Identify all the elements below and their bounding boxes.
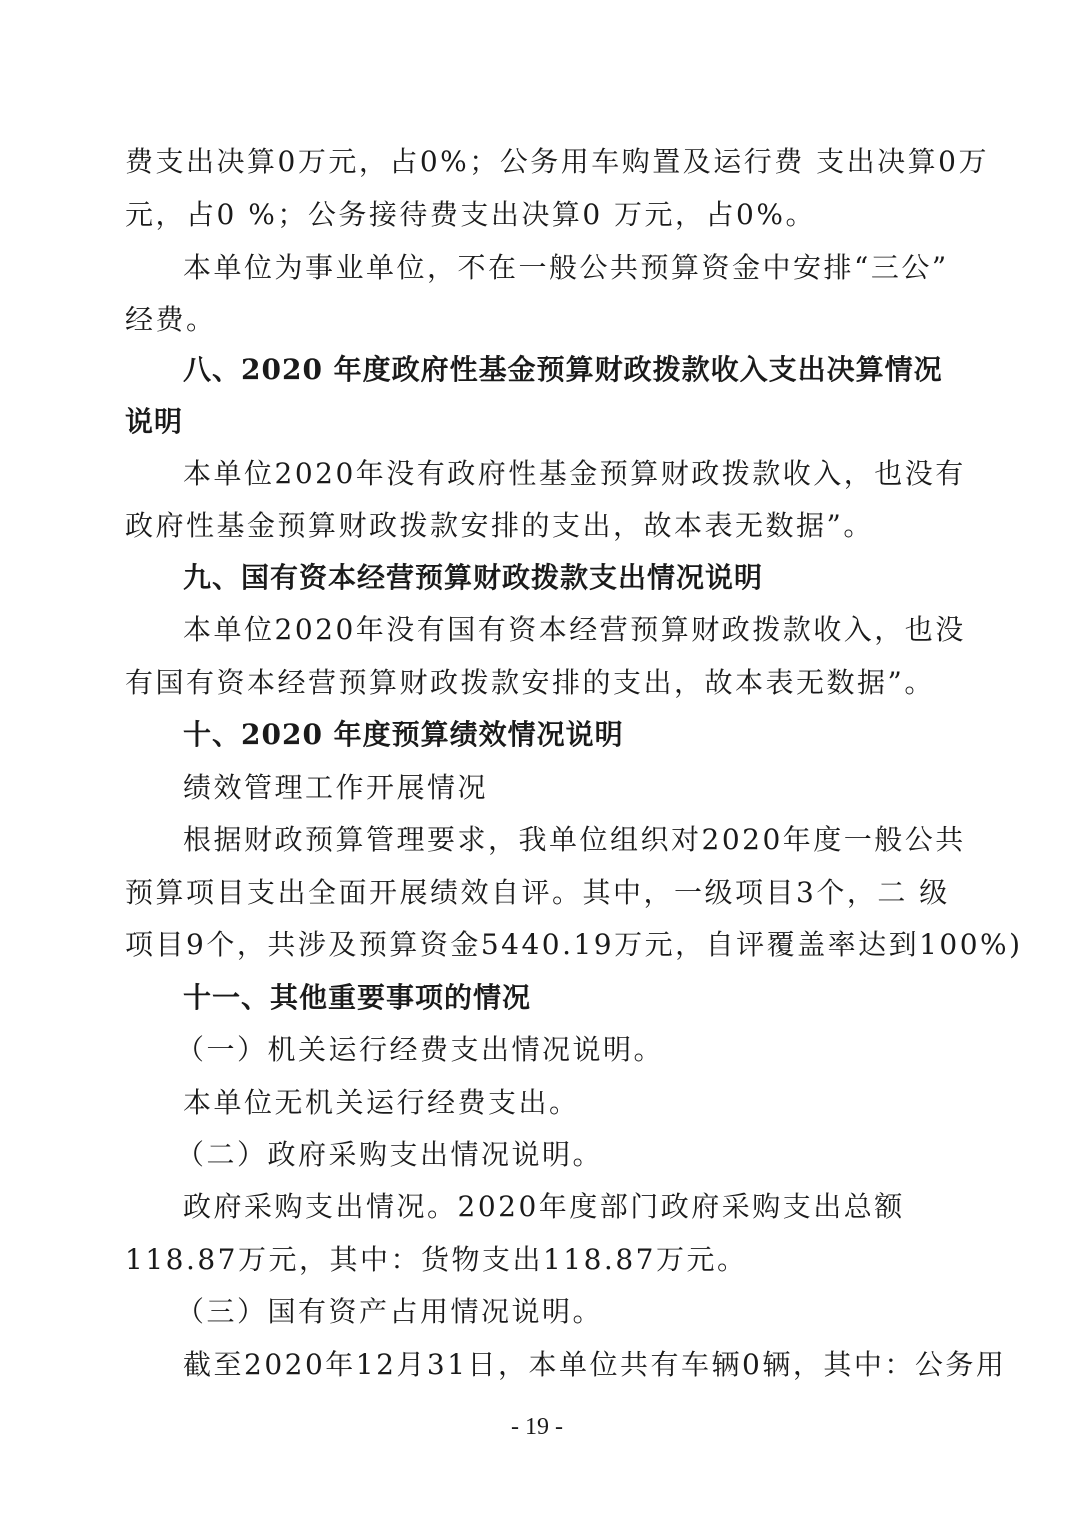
subsection-heading: （一）机关运行经费支出情况说明。 xyxy=(176,1032,976,1068)
paragraph-line: 截至2020年12月31日，本单位共有车辆0辆，其中：公务用 xyxy=(183,1347,983,1383)
paragraph-line: 本单位无机关运行经费支出。 xyxy=(183,1085,983,1121)
paragraph-line: 项目9个，共涉及预算资金5440.19万元，自评覆盖率达到100%) xyxy=(125,927,925,963)
paragraph-line: 政府性基金预算财政拨款安排的支出，故本表无数据”。 xyxy=(125,508,925,544)
paragraph-line: 本单位2020年没有国有资本经营预算财政拨款收入，也没 xyxy=(183,612,983,648)
paragraph-line: 预算项目支出全面开展绩效自评。其中，一级项目3个，二 级 xyxy=(125,875,925,911)
document-page: 费支出决算0万元，占0%；公务用车购置及运行费 支出决算0万 元，占0 %；公务… xyxy=(0,0,1074,1520)
paragraph-line: 经费。 xyxy=(125,302,925,338)
section-heading-8-cont: 说明 xyxy=(125,404,925,440)
paragraph-line: 118.87万元，其中：货物支出118.87万元。 xyxy=(125,1242,925,1278)
subsection-heading: （三）国有资产占用情况说明。 xyxy=(176,1294,976,1330)
section-heading-9: 九、国有资本经营预算财政拨款支出情况说明 xyxy=(183,560,983,596)
section-heading-8: 八、2020 年度政府性基金预算财政拨款收入支出决算情况 xyxy=(183,352,983,388)
paragraph-line: 费支出决算0万元，占0%；公务用车购置及运行费 支出决算0万 xyxy=(125,144,925,180)
paragraph-line: 有国有资本经营预算财政拨款安排的支出，故本表无数据”。 xyxy=(125,665,925,701)
page-number: - 19 - xyxy=(0,1414,1074,1441)
paragraph-line: 元，占0 %；公务接待费支出决算0 万元，占0%。 xyxy=(125,197,925,233)
paragraph-line: 本单位为事业单位，不在一般公共预算资金中安排“三公” xyxy=(183,250,983,286)
subsection-heading: （二）政府采购支出情况说明。 xyxy=(176,1137,976,1173)
subheading: 绩效管理工作开展情况 xyxy=(183,770,983,806)
section-heading-10: 十、2020 年度预算绩效情况说明 xyxy=(183,717,983,753)
paragraph-line: 政府采购支出情况。2020年度部门政府采购支出总额 xyxy=(183,1189,983,1225)
paragraph-line: 本单位2020年没有政府性基金预算财政拨款收入，也没有 xyxy=(183,456,983,492)
section-heading-11: 十一、其他重要事项的情况 xyxy=(183,980,983,1016)
paragraph-line: 根据财政预算管理要求，我单位组织对2020年度一般公共 xyxy=(183,822,983,858)
